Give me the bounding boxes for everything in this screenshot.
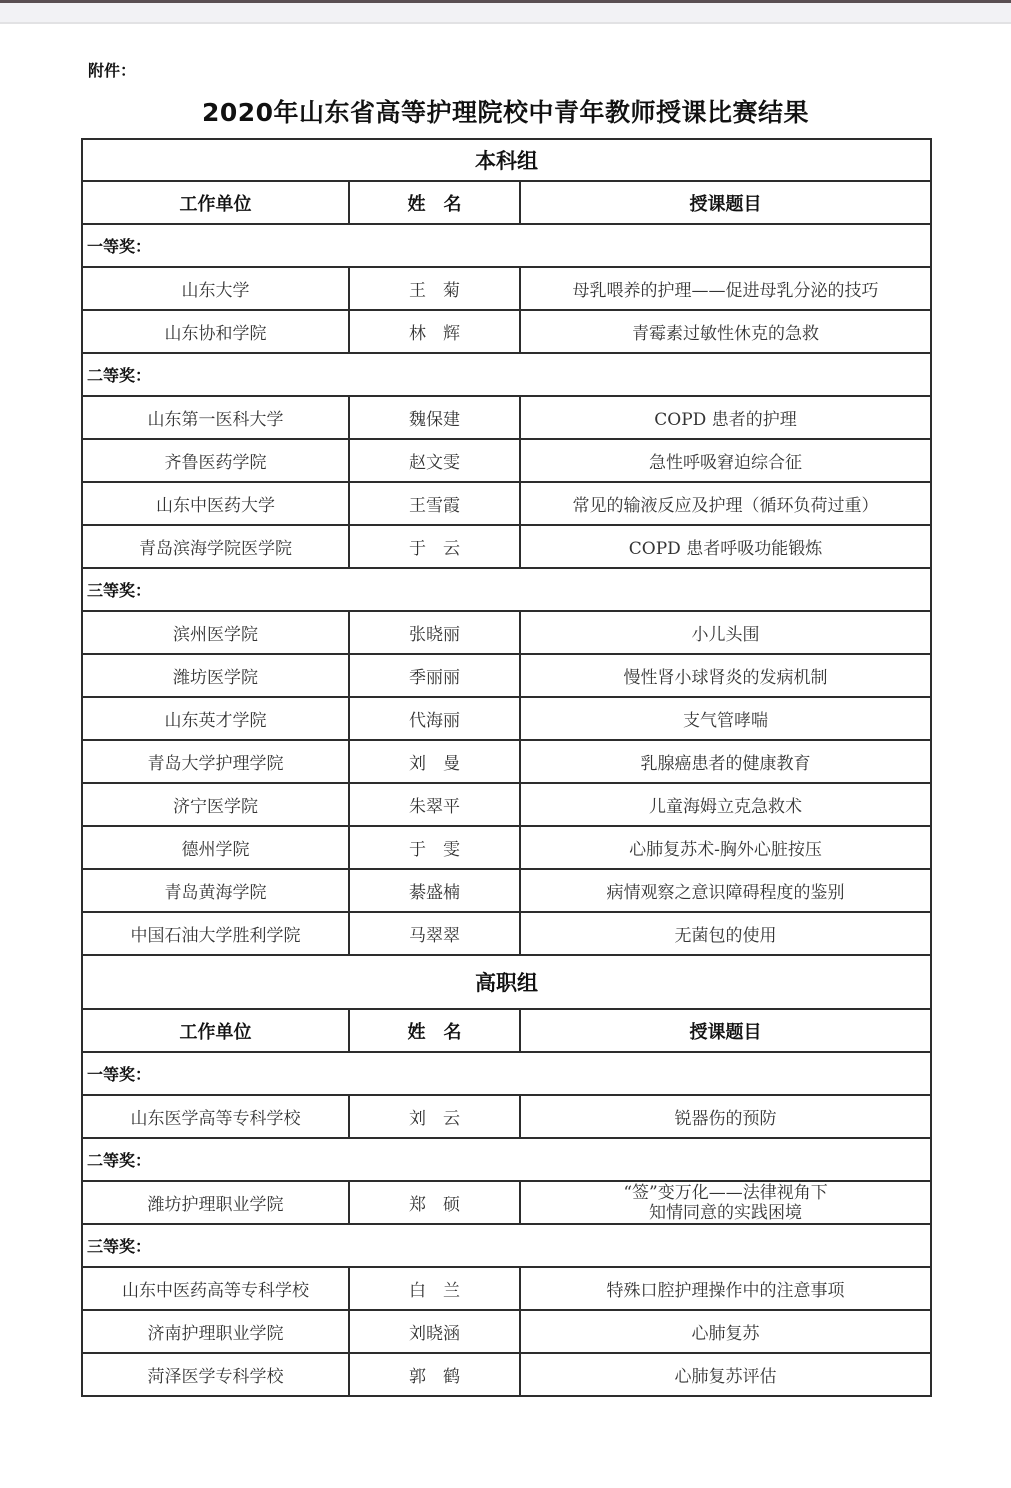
- topic-cell: 心肺复苏: [520, 1310, 931, 1353]
- unit-cell: 菏泽医学专科学校: [82, 1353, 349, 1396]
- prize-label: 三等奖：: [82, 568, 931, 611]
- name-cell: 朱翠平: [349, 783, 520, 826]
- table-row: 山东中医药大学 王雪霞 常见的输液反应及护理（循环负荷过重）: [82, 482, 931, 525]
- prize-row-second: 二等奖：: [82, 1138, 931, 1181]
- topic-cell: 慢性肾小球肾炎的发病机制: [520, 654, 931, 697]
- unit-cell: 齐鲁医药学院: [82, 439, 349, 482]
- name-cell: 刘晓涵: [349, 1310, 520, 1353]
- prize-row-third: 三等奖：: [82, 1224, 931, 1267]
- name-cell: 刘 云: [349, 1095, 520, 1138]
- name-cell: 綦盛楠: [349, 869, 520, 912]
- column-header-topic: 授课题目: [520, 1009, 931, 1052]
- prize-label: 一等奖：: [82, 1052, 931, 1095]
- unit-cell: 青岛大学护理学院: [82, 740, 349, 783]
- group-title: 本科组: [82, 139, 931, 181]
- topic-cell: “签”变万化——法律视角下 知情同意的实践困境: [520, 1181, 931, 1224]
- name-cell: 林 辉: [349, 310, 520, 353]
- topic-cell: 锐器伤的预防: [520, 1095, 931, 1138]
- table-row: 山东中医药高等专科学校 白 兰 特殊口腔护理操作中的注意事项: [82, 1267, 931, 1310]
- name-cell: 马翠翠: [349, 912, 520, 955]
- results-table: 本科组 工作单位 姓 名 授课题目 一等奖： 山东大学 王 菊 母乳喂养的护理—…: [81, 138, 932, 1397]
- table-row: 济南护理职业学院 刘晓涵 心肺复苏: [82, 1310, 931, 1353]
- column-header-name: 姓 名: [349, 1009, 520, 1052]
- topic-cell: 母乳喂养的护理——促进母乳分泌的技巧: [520, 267, 931, 310]
- unit-cell: 滨州医学院: [82, 611, 349, 654]
- name-cell: 张晓丽: [349, 611, 520, 654]
- topic-cell: 心肺复苏评估: [520, 1353, 931, 1396]
- name-cell: 郭 鹤: [349, 1353, 520, 1396]
- topic-cell: 无菌包的使用: [520, 912, 931, 955]
- prize-row-first: 一等奖：: [82, 224, 931, 267]
- name-cell: 白 兰: [349, 1267, 520, 1310]
- document-title: 2020年山东省高等护理院校中青年教师授课比赛结果: [0, 93, 1011, 129]
- column-header-unit: 工作单位: [82, 181, 349, 224]
- topic-cell: 乳腺癌患者的健康教育: [520, 740, 931, 783]
- table-row: 青岛黄海学院 綦盛楠 病情观察之意识障碍程度的鉴别: [82, 869, 931, 912]
- unit-cell: 山东协和学院: [82, 310, 349, 353]
- unit-cell: 山东中医药大学: [82, 482, 349, 525]
- name-cell: 于 云: [349, 525, 520, 568]
- topic-cell: 急性呼吸窘迫综合征: [520, 439, 931, 482]
- topic-cell: COPD 患者的护理: [520, 396, 931, 439]
- table-row: 滨州医学院 张晓丽 小儿头围: [82, 611, 931, 654]
- topic-cell: 心肺复苏术-胸外心脏按压: [520, 826, 931, 869]
- name-cell: 季丽丽: [349, 654, 520, 697]
- prize-label: 二等奖：: [82, 1138, 931, 1181]
- unit-cell: 山东英才学院: [82, 697, 349, 740]
- group-title: 高职组: [82, 955, 931, 1009]
- table-row: 齐鲁医药学院 赵文雯 急性呼吸窘迫综合征: [82, 439, 931, 482]
- unit-cell: 济南护理职业学院: [82, 1310, 349, 1353]
- name-cell: 代海丽: [349, 697, 520, 740]
- topic-line-1: “签”变万化——法律视角下: [521, 1183, 930, 1203]
- table-row: 山东大学 王 菊 母乳喂养的护理——促进母乳分泌的技巧: [82, 267, 931, 310]
- table-row: 青岛大学护理学院 刘 曼 乳腺癌患者的健康教育: [82, 740, 931, 783]
- topic-cell: 常见的输液反应及护理（循环负荷过重）: [520, 482, 931, 525]
- unit-cell: 山东大学: [82, 267, 349, 310]
- column-header-row: 工作单位 姓 名 授课题目: [82, 1009, 931, 1052]
- topic-cell: 支气管哮喘: [520, 697, 931, 740]
- name-cell: 王雪霞: [349, 482, 520, 525]
- unit-cell: 济宁医学院: [82, 783, 349, 826]
- prize-label: 一等奖：: [82, 224, 931, 267]
- group-header-undergraduate: 本科组: [82, 139, 931, 181]
- topic-cell: 特殊口腔护理操作中的注意事项: [520, 1267, 931, 1310]
- topic-cell: 儿童海姆立克急救术: [520, 783, 931, 826]
- table-row: 山东英才学院 代海丽 支气管哮喘: [82, 697, 931, 740]
- topic-cell: 青霉素过敏性休克的急救: [520, 310, 931, 353]
- unit-cell: 山东中医药高等专科学校: [82, 1267, 349, 1310]
- table-row: 潍坊护理职业学院 郑 硕 “签”变万化——法律视角下 知情同意的实践困境: [82, 1181, 931, 1224]
- group-header-vocational: 高职组: [82, 955, 931, 1009]
- topic-line-2: 知情同意的实践困境: [521, 1203, 930, 1223]
- unit-cell: 山东医学高等专科学校: [82, 1095, 349, 1138]
- name-cell: 魏保建: [349, 396, 520, 439]
- table-row: 济宁医学院 朱翠平 儿童海姆立克急救术: [82, 783, 931, 826]
- column-header-row: 工作单位 姓 名 授课题目: [82, 181, 931, 224]
- unit-cell: 山东第一医科大学: [82, 396, 349, 439]
- prize-row-second: 二等奖：: [82, 353, 931, 396]
- table-row: 德州学院 于 雯 心肺复苏术-胸外心脏按压: [82, 826, 931, 869]
- column-header-topic: 授课题目: [520, 181, 931, 224]
- table-row: 青岛滨海学院医学院 于 云 COPD 患者呼吸功能锻炼: [82, 525, 931, 568]
- name-cell: 王 菊: [349, 267, 520, 310]
- unit-cell: 潍坊医学院: [82, 654, 349, 697]
- table-row: 中国石油大学胜利学院 马翠翠 无菌包的使用: [82, 912, 931, 955]
- prize-label: 三等奖：: [82, 1224, 931, 1267]
- name-cell: 赵文雯: [349, 439, 520, 482]
- unit-cell: 德州学院: [82, 826, 349, 869]
- viewer-toolbar: [0, 3, 1011, 24]
- topic-cell: COPD 患者呼吸功能锻炼: [520, 525, 931, 568]
- topic-cell: 病情观察之意识障碍程度的鉴别: [520, 869, 931, 912]
- prize-row-third: 三等奖：: [82, 568, 931, 611]
- name-cell: 郑 硕: [349, 1181, 520, 1224]
- table-row: 山东医学高等专科学校 刘 云 锐器伤的预防: [82, 1095, 931, 1138]
- table-row: 菏泽医学专科学校 郭 鹤 心肺复苏评估: [82, 1353, 931, 1396]
- table-row: 山东第一医科大学 魏保建 COPD 患者的护理: [82, 396, 931, 439]
- unit-cell: 潍坊护理职业学院: [82, 1181, 349, 1224]
- prize-label: 二等奖：: [82, 353, 931, 396]
- unit-cell: 青岛黄海学院: [82, 869, 349, 912]
- table-row: 潍坊医学院 季丽丽 慢性肾小球肾炎的发病机制: [82, 654, 931, 697]
- unit-cell: 中国石油大学胜利学院: [82, 912, 349, 955]
- name-cell: 于 雯: [349, 826, 520, 869]
- column-header-name: 姓 名: [349, 181, 520, 224]
- attachment-label: 附件：: [88, 58, 136, 81]
- column-header-unit: 工作单位: [82, 1009, 349, 1052]
- topic-cell: 小儿头围: [520, 611, 931, 654]
- prize-row-first: 一等奖：: [82, 1052, 931, 1095]
- unit-cell: 青岛滨海学院医学院: [82, 525, 349, 568]
- table-row: 山东协和学院 林 辉 青霉素过敏性休克的急救: [82, 310, 931, 353]
- name-cell: 刘 曼: [349, 740, 520, 783]
